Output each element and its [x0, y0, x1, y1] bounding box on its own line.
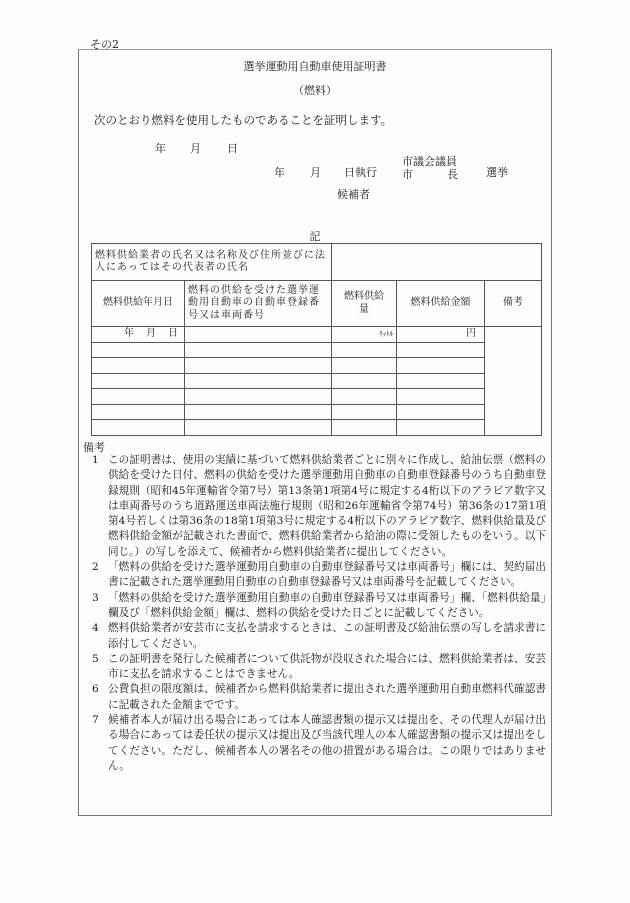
vehicle-number-cell[interactable] — [185, 327, 332, 343]
quantity-cell[interactable] — [332, 342, 397, 358]
table-row — [92, 373, 542, 389]
amount-cell[interactable] — [397, 404, 485, 420]
election-day-exec[interactable]: 日執行 — [344, 164, 377, 180]
header-supply-quantity: 燃料供給量 — [332, 281, 397, 327]
supplier-value-field[interactable] — [332, 244, 542, 281]
note-text: この証明書は、使用の実績に基づいて燃料供給業者ごとに別々に作成し、給油伝票（燃料… — [108, 453, 546, 560]
vehicle-number-cell[interactable] — [185, 404, 332, 420]
amount-cell[interactable] — [397, 373, 485, 389]
table-row: 年月日 ﾘｯﾄﾙ 円 — [92, 327, 542, 343]
date-year: 年 — [124, 328, 134, 339]
quantity-cell[interactable] — [332, 404, 397, 420]
table-row — [92, 389, 542, 405]
note-item: 4燃料供給業者が安芸市に支払を請求するときは、この証明書及び給油伝票の写しを請求… — [88, 621, 546, 652]
table-row — [92, 342, 542, 358]
table-row — [92, 358, 542, 374]
quantity-cell[interactable] — [332, 373, 397, 389]
note-item: 7候補者本人が届け出る場合にあっては本人確認書類の提示又は提出を、その代理人が届… — [88, 713, 546, 774]
note-text: この証明書を発行した候補者について供託物が没収された場合には、燃料供給業者は、安… — [108, 652, 546, 683]
liter-unit: ﾘｯﾄﾙ — [379, 330, 393, 338]
yen-unit: 円 — [466, 328, 476, 339]
vehicle-number-cell[interactable] — [185, 373, 332, 389]
note-item: 2「燃料の供給を受けた選挙運動用自動車の自動車登録番号又は車両番号」欄には、契約… — [88, 560, 546, 591]
supply-date-cell[interactable] — [92, 420, 185, 436]
vehicle-number-cell[interactable] — [185, 389, 332, 405]
ki-heading: 記 — [0, 228, 630, 244]
header-remarks: 備考 — [485, 281, 542, 327]
election-suffix: 選挙 — [486, 164, 508, 180]
issue-date-month[interactable]: 月 — [190, 140, 201, 156]
quantity-cell[interactable]: ﾘｯﾄﾙ — [332, 327, 397, 343]
note-text: 公費負担の限度額は、候補者から燃料供給業者に提出された選挙運動用自動車燃料代確認… — [108, 682, 546, 713]
header-vehicle-number: 燃料の供給を受けた選挙運動用自動車の自動車登録番号又は車両番号 — [185, 281, 332, 327]
certification-statement: 次のとおり燃料を使用したものであることを証明します。 — [94, 112, 392, 128]
note-text: 「燃料の供給を受けた選挙運動用自動車の自動車登録番号又は車両番号」欄には、契約届… — [108, 560, 546, 591]
note-number: 3 — [88, 591, 108, 622]
election-role-city: 市 — [402, 169, 413, 181]
date-day: 日 — [168, 328, 178, 339]
supplier-row: 燃料供給業者の氏名又は名称及び住所並びに法人にあってはその代表者の氏名 — [92, 244, 542, 281]
election-year[interactable]: 年 — [274, 164, 285, 180]
supply-date-cell[interactable] — [92, 389, 185, 405]
supply-date-cell[interactable] — [92, 358, 185, 374]
note-item: 3「燃料の供給を受けた選挙運動用自動車の自動車登録番号又は車両番号」欄、「燃料供… — [88, 591, 546, 622]
notes-list: 1この証明書は、使用の実績に基づいて燃料供給業者ごとに別々に作成し、給油伝票（燃… — [88, 453, 546, 774]
amount-cell[interactable] — [397, 342, 485, 358]
supply-date-cell[interactable] — [92, 404, 185, 420]
note-text: 「燃料の供給を受けた選挙運動用自動車の自動車登録番号又は車両番号」欄、「燃料供給… — [108, 591, 546, 622]
table-row — [92, 404, 542, 420]
election-role-mayor: 長 — [447, 169, 458, 181]
vehicle-number-cell[interactable] — [185, 420, 332, 436]
note-number: 1 — [88, 453, 108, 560]
header-row: 燃料供給年月日 燃料の供給を受けた選挙運動用自動車の自動車登録番号又は車両番号 … — [92, 281, 542, 327]
note-number: 5 — [88, 652, 108, 683]
note-item: 1この証明書は、使用の実績に基づいて燃料供給業者ごとに別々に作成し、給油伝票（燃… — [88, 453, 546, 560]
candidate-label: 候補者 — [337, 186, 370, 202]
note-text: 候補者本人が届け出る場合にあっては本人確認書類の提示又は提出を、その代理人が届け… — [108, 713, 546, 774]
note-number: 7 — [88, 713, 108, 774]
document-title: 選挙運動用自動車使用証明書 — [0, 58, 630, 74]
issue-date-year[interactable]: 年 — [155, 140, 166, 156]
vehicle-number-cell[interactable] — [185, 358, 332, 374]
remarks-cell[interactable] — [485, 327, 542, 436]
amount-cell[interactable] — [397, 358, 485, 374]
note-item: 6公費負担の限度額は、候補者から燃料供給業者に提出された選挙運動用自動車燃料代確… — [88, 682, 546, 713]
amount-cell[interactable]: 円 — [397, 327, 485, 343]
quantity-cell[interactable] — [332, 358, 397, 374]
header-supply-amount: 燃料供給金額 — [397, 281, 485, 327]
amount-cell[interactable] — [397, 389, 485, 405]
note-item: 5この証明書を発行した候補者について供託物が没収された場合には、燃料供給業者は、… — [88, 652, 546, 683]
date-month: 月 — [146, 328, 156, 339]
header-supply-date: 燃料供給年月日 — [92, 281, 185, 327]
quantity-cell[interactable] — [332, 420, 397, 436]
table-row — [92, 420, 542, 436]
issue-date-day[interactable]: 日 — [227, 140, 238, 156]
supplier-label: 燃料供給業者の氏名又は名称及び住所並びに法人にあってはその代表者の氏名 — [92, 244, 332, 281]
note-number: 6 — [88, 682, 108, 713]
vehicle-number-cell[interactable] — [185, 342, 332, 358]
supply-date-cell[interactable]: 年月日 — [92, 327, 185, 343]
note-text: 燃料供給業者が安芸市に支払を請求するときは、この証明書及び給油伝票の写しを請求書… — [108, 621, 546, 652]
amount-cell[interactable] — [397, 420, 485, 436]
election-month[interactable]: 月 — [310, 164, 321, 180]
fuel-usage-table: 燃料供給業者の氏名又は名称及び住所並びに法人にあってはその代表者の氏名 燃料供給… — [91, 243, 542, 436]
election-role-council: 市議会議員 — [402, 156, 457, 168]
note-number: 4 — [88, 621, 108, 652]
document-subtitle: （燃料） — [0, 82, 630, 98]
note-number: 2 — [88, 560, 108, 591]
supply-date-cell[interactable] — [92, 342, 185, 358]
quantity-cell[interactable] — [332, 389, 397, 405]
supply-date-cell[interactable] — [92, 373, 185, 389]
